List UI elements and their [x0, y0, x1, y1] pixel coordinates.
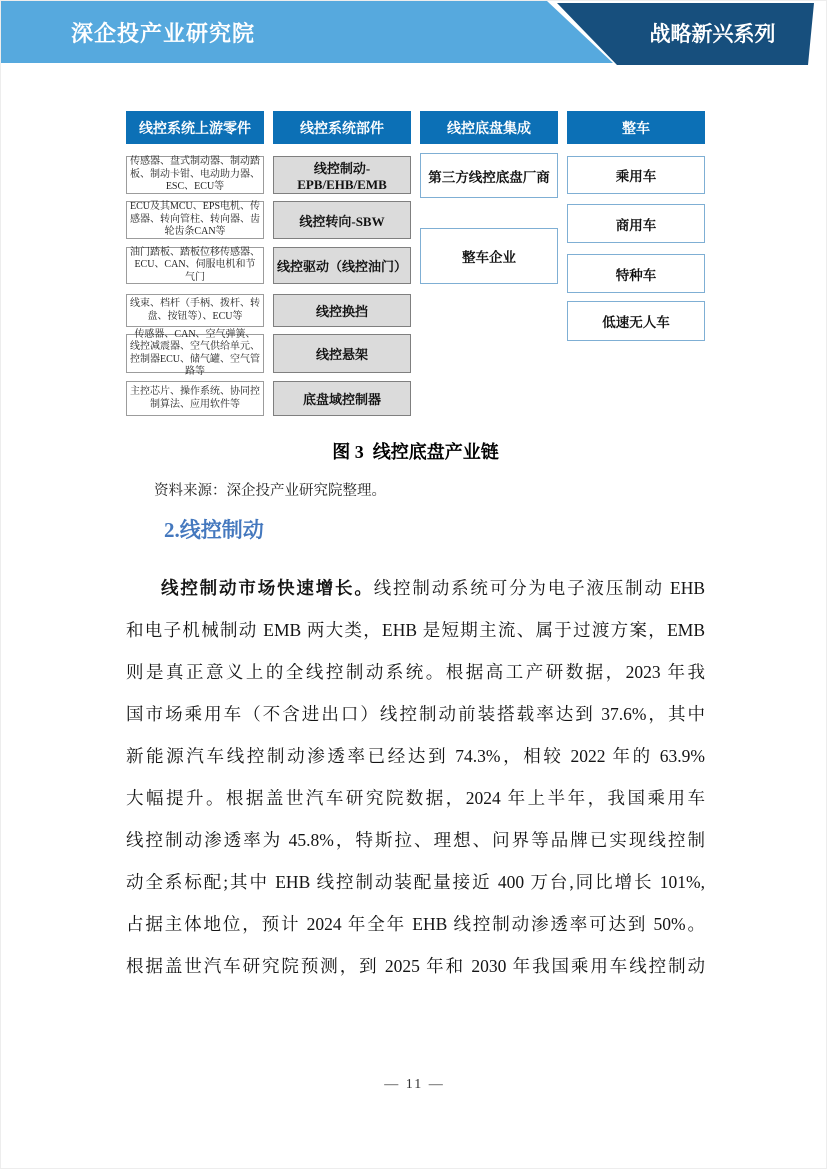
diagram-column: 线控底盘集成第三方线控底盘厂商整车企业 [420, 111, 558, 416]
diagram-box: 线束、档杆（手柄、拨杆、转盘、按钮等）、ECU等 [126, 294, 264, 327]
diagram-box: 底盘域控制器 [273, 381, 411, 416]
brand-title: 深企投产业研究院 [71, 1, 255, 63]
page-number: — 11 — [1, 1077, 827, 1093]
diagram-column-header: 线控系统上游零件 [126, 111, 264, 144]
series-badge-label: 战略新兴系列 [617, 3, 808, 63]
diagram-column: 线控系统上游零件传感器、盘式制动器、制动踏板、制动卡钳、电动助力器、ESC、EC… [126, 111, 264, 416]
diagram-box: 第三方线控底盘厂商 [420, 153, 558, 198]
diagram-box: 商用车 [567, 204, 705, 243]
diagram-box: 特种车 [567, 254, 705, 293]
diagram-column: 整车乘用车商用车特种车低速无人车 [567, 111, 705, 416]
diagram-box: 传感器、CAN、空气弹簧、线控减震器、空气供给单元、控制器ECU、储气罐、空气管… [126, 334, 264, 373]
body-line: 线控制动渗透率为 45.8%，特斯拉、理想、问界等品牌已实现线控制 [126, 819, 705, 861]
diagram-box: 线控驱动（线控油门） [273, 247, 411, 284]
body-line: 大幅提升。根据盖世汽车研究院数据，2024 年上半年，我国乘用车 [126, 777, 705, 819]
figure-source: 资料来源：深企投产业研究院整理。 [154, 479, 386, 500]
industry-chain-diagram: 线控系统上游零件传感器、盘式制动器、制动踏板、制动卡钳、电动助力器、ESC、EC… [126, 111, 705, 416]
diagram-box: 主控芯片、操作系统、协同控制算法、应用软件等 [126, 381, 264, 416]
diagram-box: 传感器、盘式制动器、制动踏板、制动卡钳、电动助力器、ESC、ECU等 [126, 156, 264, 194]
diagram-box: 油门踏板、踏板位移传感器、ECU、CAN、伺服电机和节气门 [126, 247, 264, 284]
diagram-box: 整车企业 [420, 228, 558, 284]
body-paragraph: 线控制动市场快速增长。线控制动系统可分为电子液压制动 EHB和电子机械制动 EM… [126, 567, 705, 987]
body-line: 动全系标配;其中 EHB 线控制动装配量接近 400 万台,同比增长 101%, [126, 861, 705, 903]
body-line: 占据主体地位，预计 2024 年全年 EHB 线控制动渗透率可达到 50%。 [126, 903, 705, 945]
page-header-banner: 深企投产业研究院 战略新兴系列 [1, 1, 827, 71]
diagram-box: 线控悬架 [273, 334, 411, 373]
body-line: 则是真正意义上的全线控制动系统。根据高工产研数据，2023 年我 [126, 651, 705, 693]
diagram-box: 低速无人车 [567, 301, 705, 341]
diagram-box: 线控换挡 [273, 294, 411, 327]
diagram-box: 线控转向-SBW [273, 201, 411, 239]
body-line: 国市场乘用车（不含进出口）线控制动前装搭载率达到 37.6%，其中 [126, 693, 705, 735]
diagram-column: 线控系统部件线控制动-EPB/EHB/EMB线控转向-SBW线控驱动（线控油门）… [273, 111, 411, 416]
body-line: 和电子机械制动 EMB 两大类，EHB 是短期主流、属于过渡方案，EMB [126, 609, 705, 651]
diagram-column-header: 整车 [567, 111, 705, 144]
figure-caption: 图 3 线控底盘产业链 [126, 438, 705, 464]
diagram-box: 线控制动-EPB/EHB/EMB [273, 156, 411, 194]
body-line: 线控制动市场快速增长。线控制动系统可分为电子液压制动 EHB [126, 567, 705, 609]
diagram-column-header: 线控系统部件 [273, 111, 411, 144]
diagram-box: 乘用车 [567, 156, 705, 194]
diagram-column-header: 线控底盘集成 [420, 111, 558, 144]
body-line: 新能源汽车线控制动渗透率已经达到 74.3%，相较 2022 年的 63.9% [126, 735, 705, 777]
document-page: 深企投产业研究院 战略新兴系列 线控系统上游零件传感器、盘式制动器、制动踏板、制… [0, 0, 827, 1169]
body-line: 根据盖世汽车研究院预测，到 2025 年和 2030 年我国乘用车线控制动 [126, 945, 705, 987]
section-heading: 2.线控制动 [164, 514, 264, 544]
body-lead-bold: 线控制动市场快速增长。 [161, 578, 374, 598]
diagram-box: ECU及其MCU、EPS电机、传感器、转向管柱、转向器、齿轮齿条CAN等 [126, 201, 264, 239]
